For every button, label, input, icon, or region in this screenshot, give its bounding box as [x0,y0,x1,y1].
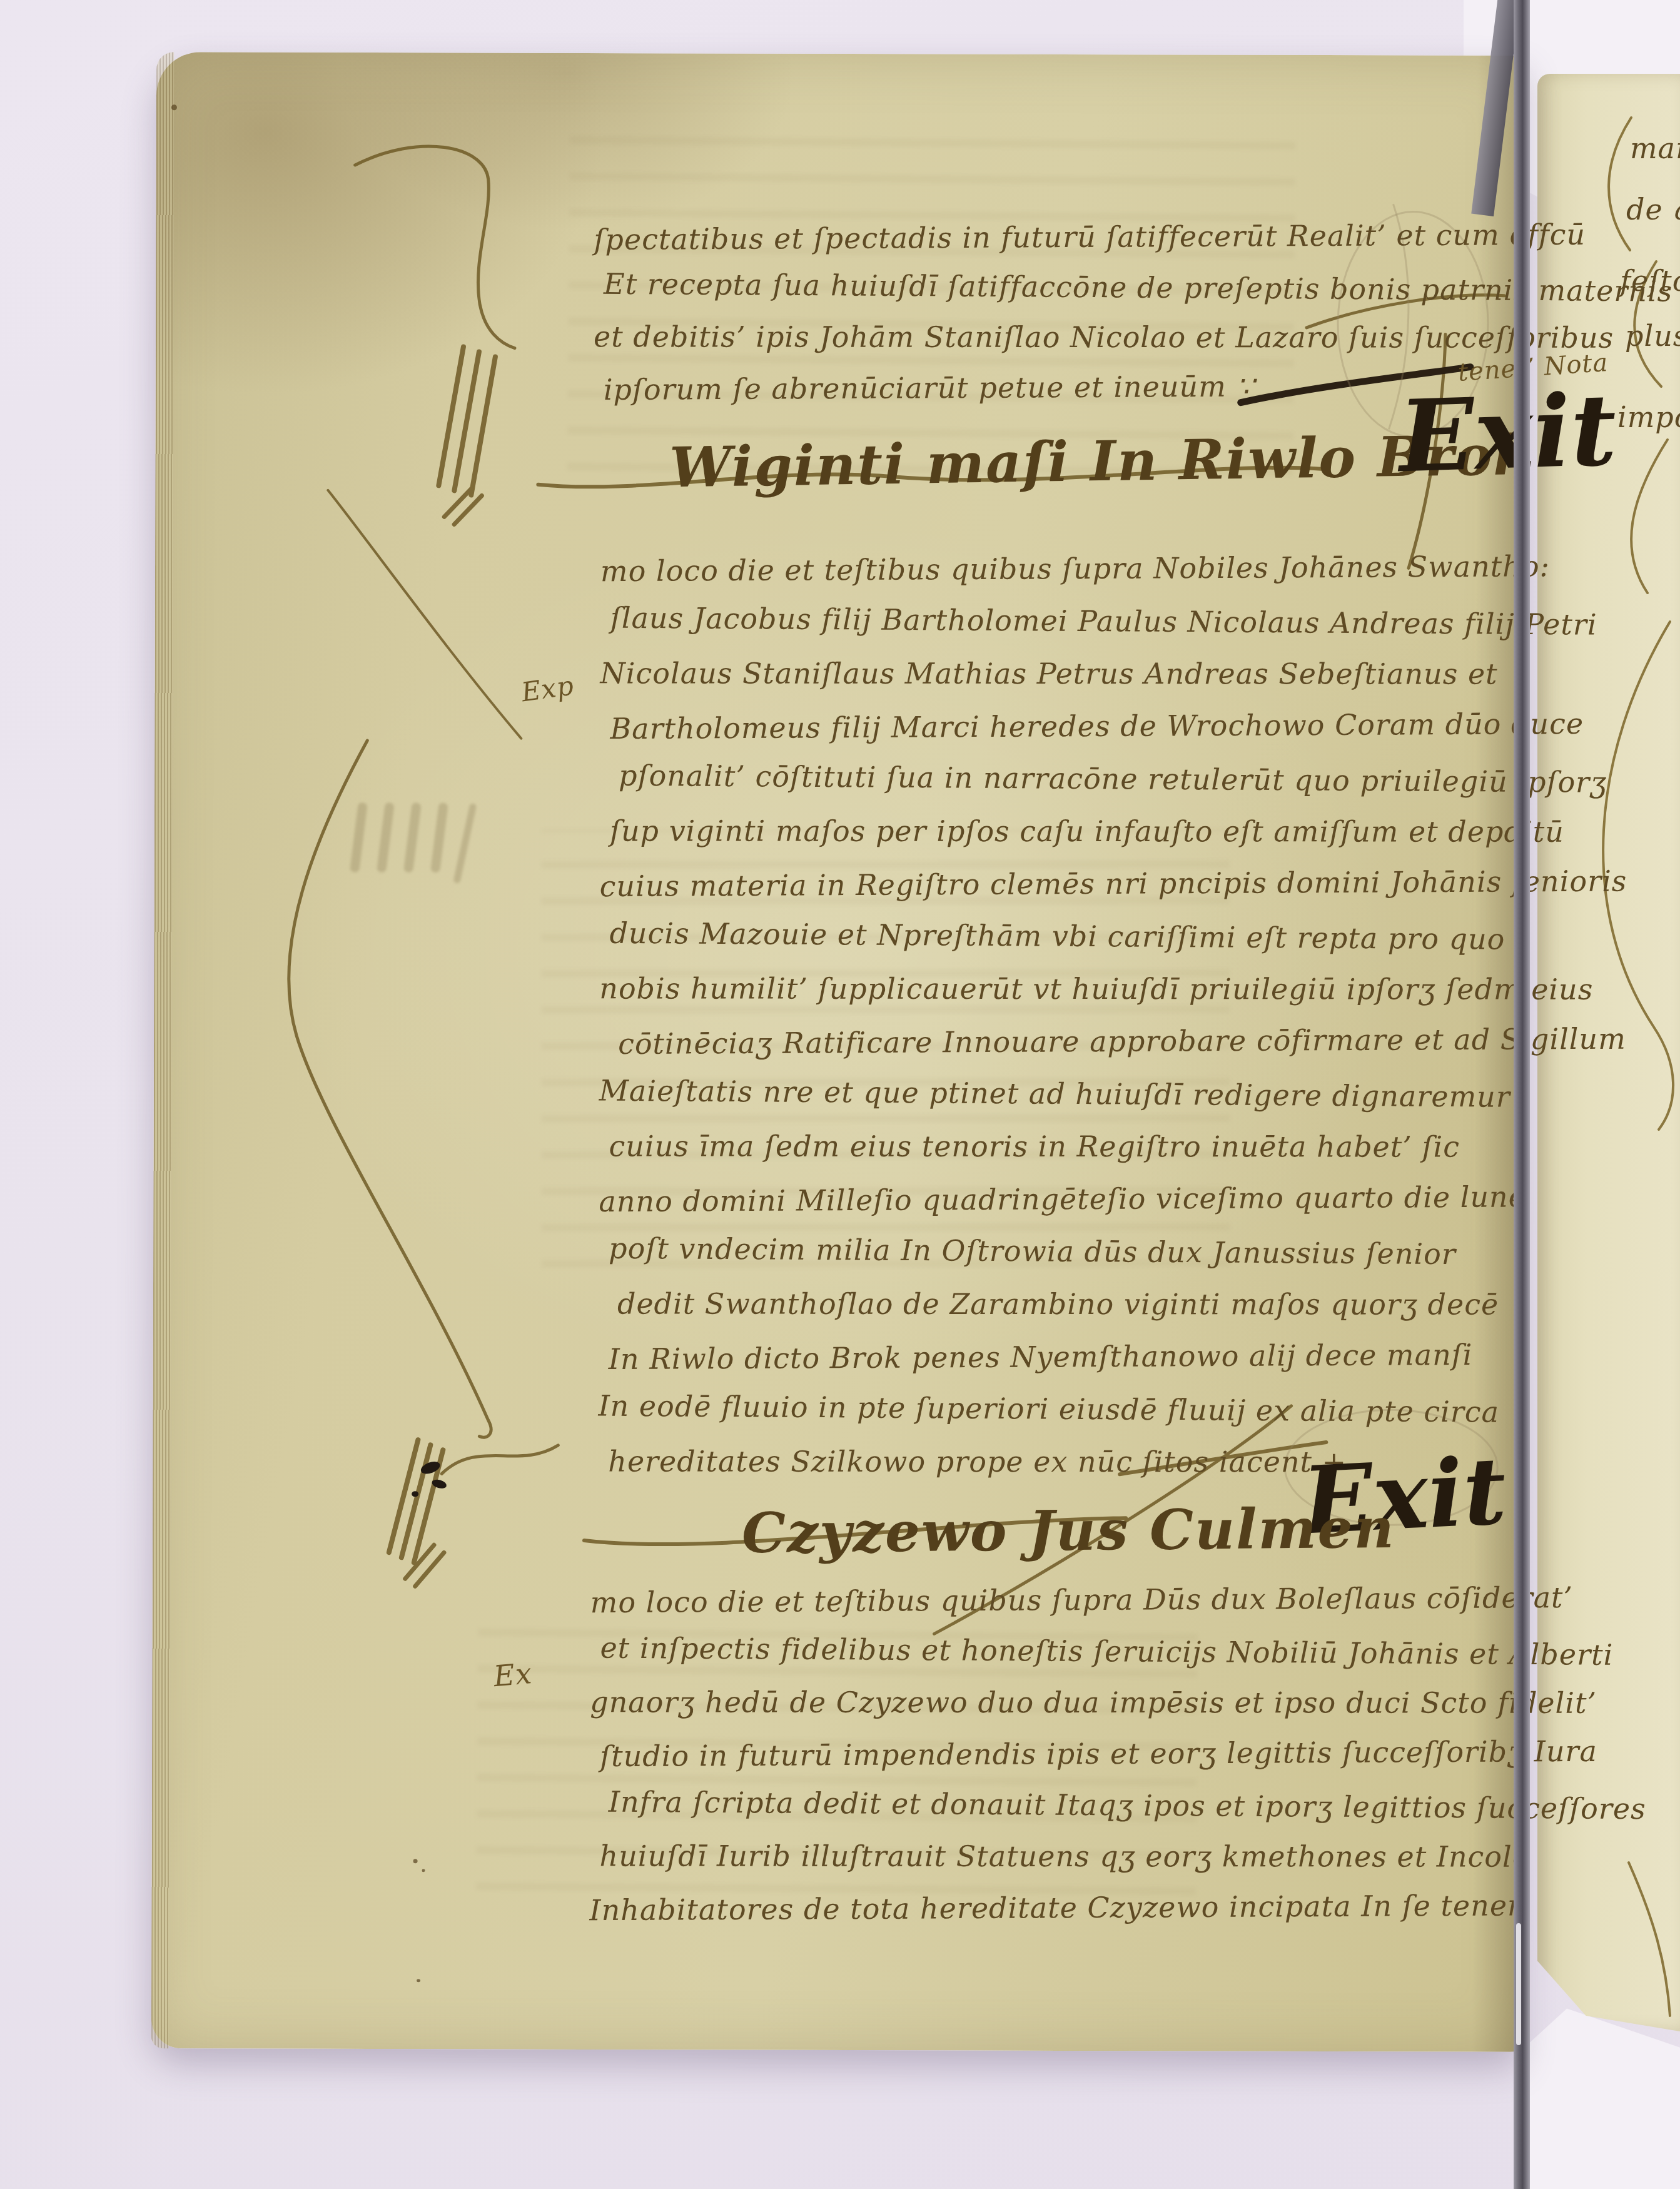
ink-speck [417,1979,420,1982]
ink-speck [413,1859,418,1863]
text-line: Maieſtatis nre et que ptinet ad huiuſdī … [599,1064,1576,1124]
ink-blot [412,1491,418,1497]
text-line: anno domini Milleſio quadringēteſio vice… [599,1170,1574,1228]
ink-speck [422,1869,425,1872]
text-line: Infra ſcripta dedit et donauit Itaqʒ ipo… [609,1776,1579,1834]
manuscript-photo: manſode quofeſtoplusimpo [0,0,1680,2189]
text-line: poſt vndecim milia In Oſtrowia dūs dux J… [609,1222,1575,1282]
entry2-margin-note: Ex [492,1656,534,1693]
manuscript-page: ſpectatibus et ſpectadis in futurū ſatif… [151,52,1525,2052]
text-line: Et recepta ſua huiuſdī ſatiffaccōne de p… [604,259,1557,316]
entry2-text-block: mo loco die et teſtibus quibus ſupra Dūs… [589,1573,1578,1934]
text-line: ducis Mazouie et Npreſthām vbi cariſſimi… [609,907,1576,966]
ink-speck [171,104,177,110]
text-line: In Riwlo dicto Brok penes Nyemſthanowo a… [609,1328,1574,1385]
text-line: mo loco die et teſtibus quibus ſupra Nob… [600,540,1576,597]
entry1-text-block: mo loco die et teſtibus quibus ſupra Nob… [598,541,1576,1489]
text-line: pſonalit’ cōſtituti ſua in narracōne ret… [619,749,1576,809]
text-line: ſtudio in futurū impendendis ipis et eor… [600,1726,1578,1782]
text-line: ſpectatibus et ſpectadis in futurū ſatif… [594,210,1557,265]
text-line: cuius īma ſedm eius tenoris in Regiſtro … [609,1120,1575,1173]
text-line: In eodē fluuio in pte ſuperiori eiusdē f… [598,1380,1574,1439]
cut-off-word: de quo [1626,193,1680,226]
text-line: et debitis’ ipis Johām Staniſlao Nicolao… [594,311,1557,362]
page-holder-rod [1514,0,1530,2189]
cut-off-word: manſo [1630,131,1680,165]
entry1-exit-mark: Exit [1397,372,1618,495]
text-line: ſlaus Jacobus filij Bartholomei Paulus N… [610,592,1577,651]
cut-off-word: plus [1625,319,1680,353]
text-line: Bartholomeus filij Marci heredes de Wroc… [610,697,1576,755]
text-line: mo loco die et teſtibus quibus ſupra Dūs… [590,1572,1579,1628]
text-line: nobis humilit’ ſupplicauerūt vt huiuſdī … [599,962,1575,1015]
text-line: dedit Swanthoſlao de Zarambino viginti m… [617,1277,1574,1330]
text-line: ſup viginti maſos per ipſos caſu infauſt… [610,804,1576,857]
offset-ink-mark [354,802,492,897]
rod-reflection [1516,1923,1521,2045]
text-line: huiuſdī Iurib illuſtrauit Statuens qʒ eo… [600,1830,1578,1882]
text-line: et inſpectis fidelibus et honeſtis ſerui… [600,1622,1579,1681]
text-line: cōtinēciaʒ Ratificare Innouare approbare… [618,1013,1575,1070]
text-line: Inhabitatores de tota hereditate Czyzewo… [589,1879,1577,1936]
text-line: cuius materia in Regiſtro clemēs nri pnc… [599,855,1575,913]
text-line: gnaorʒ hedū de Czyzewo duo dua impēsis e… [590,1676,1578,1728]
cut-off-word: impo [1617,400,1680,434]
entry2-heading: Czyzewo Jus Culmen [742,1495,1395,1565]
text-line: Nicolaus Staniſlaus Mathias Petrus Andre… [600,647,1576,700]
